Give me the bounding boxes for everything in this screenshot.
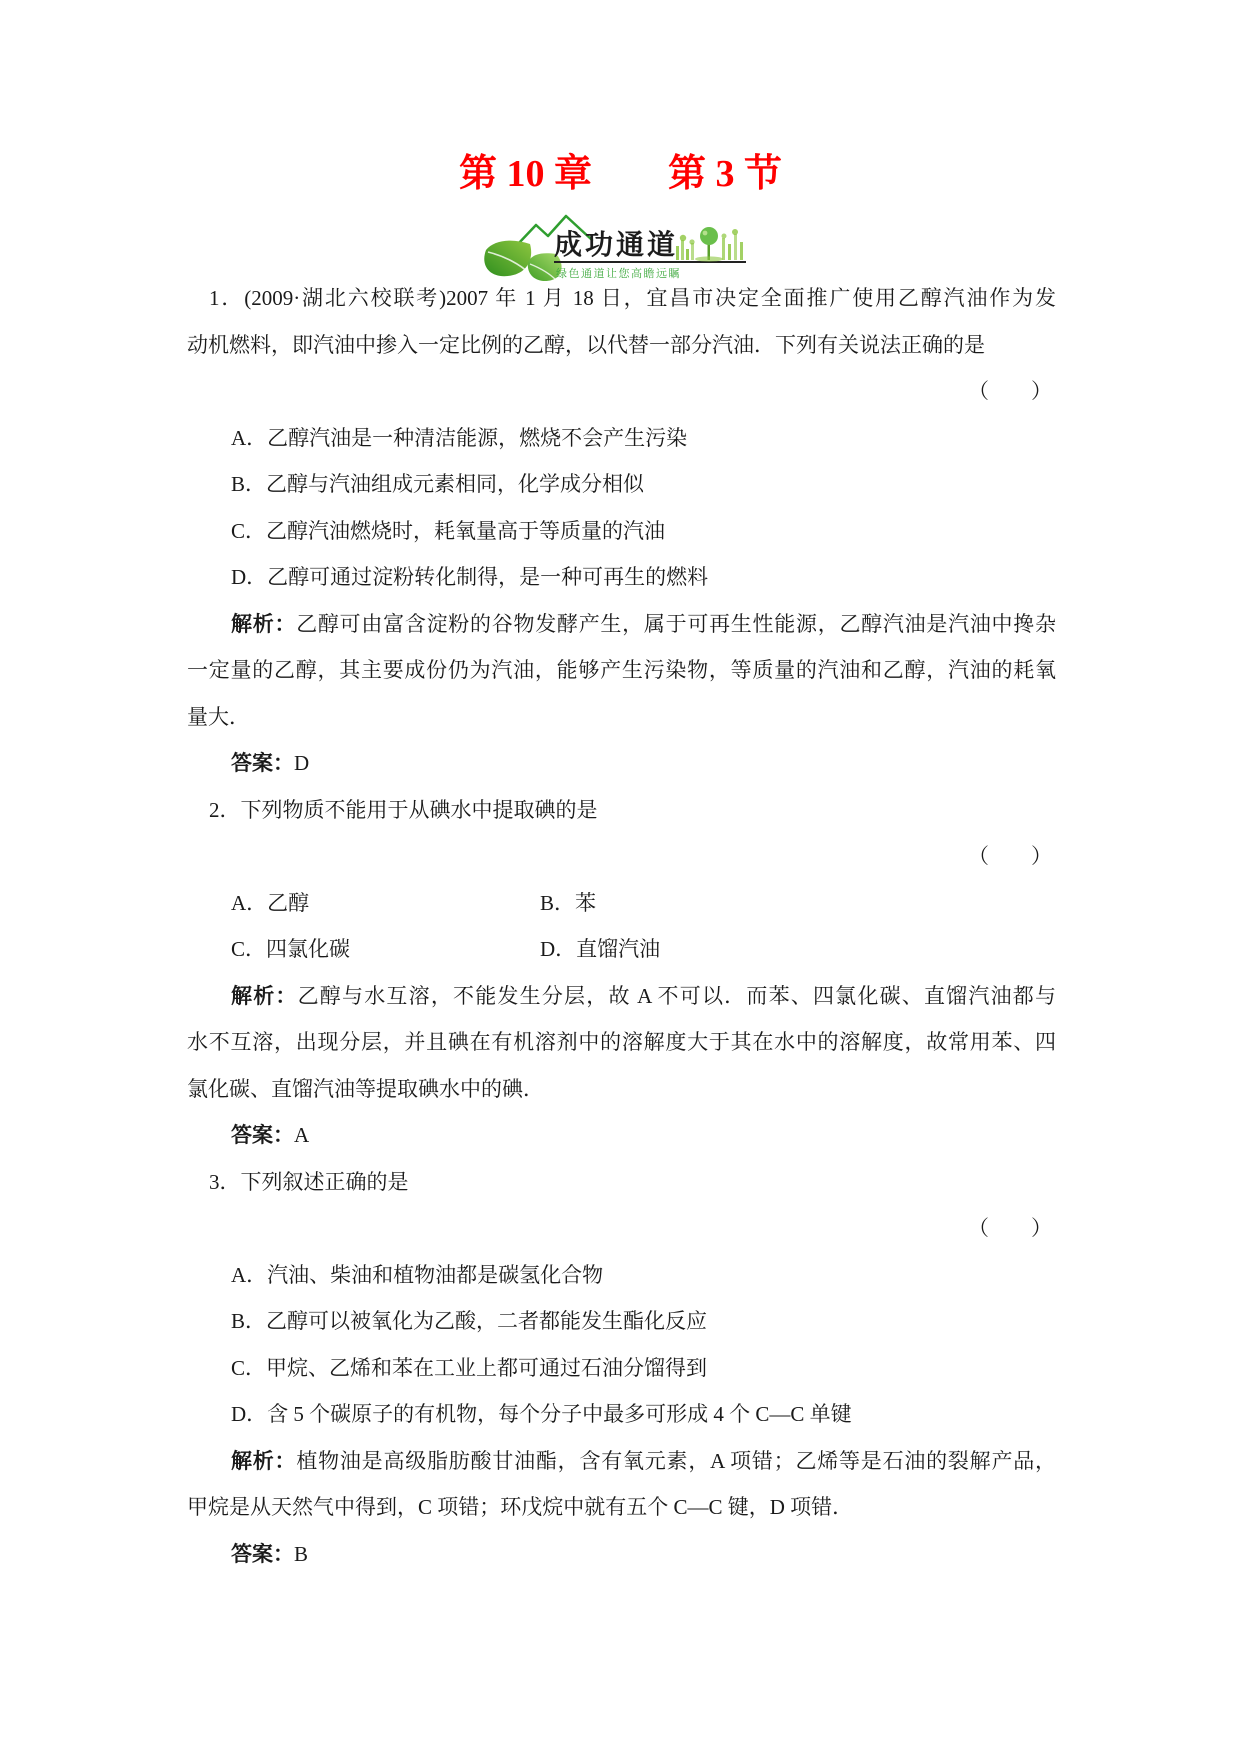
option-cell: A．乙醇 <box>187 880 540 927</box>
q1-option-d: D．乙醇可通过淀粉转化制得，是一种可再生的燃料 <box>187 554 1056 601</box>
line-text: D．含 5 个碳原子的有机物，每个分子中最多可形成 4 个 C—C 单键 <box>231 1402 852 1426</box>
q1-analysis-1: 解析：乙醇可由富含淀粉的谷物发酵产生，属于可再生性能源，乙醇汽油是汽油中搀杂 <box>187 601 1056 648</box>
line-text: 氯化碳、直馏汽油等提取碘水中的碘． <box>187 1077 544 1101</box>
line-text: C．乙醇汽油燃烧时，耗氧量高于等质量的汽油 <box>231 519 665 543</box>
line-text: 乙醇可由富含淀粉的谷物发酵产生，属于可再生性能源，乙醇汽油是汽油中搀杂 <box>296 612 1056 636</box>
line-text: A <box>294 1123 309 1147</box>
line-text: 一定量的乙醇，其主要成份仍为汽油，能够产生污染物，等质量的汽油和乙醇，汽油的耗氧 <box>187 658 1056 682</box>
q3-option-a: A．汽油、柴油和植物油都是碳氢化合物 <box>187 1252 1056 1299</box>
q3-bracket: （ ） <box>187 1205 1056 1252</box>
q2-analysis-2: 水不互溶，出现分层，并且碘在有机溶剂中的溶解度大于其在水中的溶解度，故常用苯、四 <box>187 1019 1056 1066</box>
line-text: 1．(2009·湖北六校联考)2007 年 1 月 18 日，宜昌市决定全面推广… <box>209 286 1056 310</box>
q1-option-a: A．乙醇汽油是一种清洁能源，燃烧不会产生污染 <box>187 415 1056 462</box>
line-text: 3．下列叙述正确的是 <box>209 1170 409 1194</box>
option-cell: D．直馏汽油 <box>540 926 1056 973</box>
trees-icon <box>674 224 746 262</box>
q2-answer: 答案：A <box>187 1112 1056 1159</box>
q3-analysis-2: 甲烷是从天然气中得到，C 项错；环戊烷中就有五个 C—C 键，D 项错． <box>187 1484 1056 1531</box>
document-page: 第 10 章 第 3 节 成功通道 <box>0 0 1241 1754</box>
option-cell: B．苯 <box>540 880 1056 927</box>
q3-analysis-1: 解析：植物油是高级脂肪酸甘油酯，含有氧元素，A 项错；乙烯等是石油的裂解产品， <box>187 1438 1056 1485</box>
q3-answer: 答案：B <box>187 1531 1056 1578</box>
q3-line-1: 3．下列叙述正确的是 <box>187 1159 1056 1206</box>
line-text: B．乙醇与汽油组成元素相同，化学成分相似 <box>231 472 644 496</box>
line-text: （ ） <box>968 379 1052 403</box>
label-prefix: 答案： <box>231 752 294 775</box>
line-text: （ ） <box>968 844 1052 868</box>
q2-analysis-3: 氯化碳、直馏汽油等提取碘水中的碘． <box>187 1066 1056 1113</box>
label-prefix: 解析： <box>231 1450 296 1473</box>
q1-analysis-2: 一定量的乙醇，其主要成份仍为汽油，能够产生污染物，等质量的汽油和乙醇，汽油的耗氧 <box>187 647 1056 694</box>
line-text: 水不互溶，出现分层，并且碘在有机溶剂中的溶解度大于其在水中的溶解度，故常用苯、四 <box>187 1030 1056 1054</box>
line-text: 量大． <box>187 705 250 729</box>
line-text: C．甲烷、乙烯和苯在工业上都可通过石油分馏得到 <box>231 1356 707 1380</box>
line-text: 植物油是高级脂肪酸甘油酯，含有氧元素，A 项错；乙烯等是石油的裂解产品， <box>296 1449 1056 1473</box>
q1-bracket: （ ） <box>187 368 1056 415</box>
q1-option-c: C．乙醇汽油燃烧时，耗氧量高于等质量的汽油 <box>187 508 1056 555</box>
q1-option-b: B．乙醇与汽油组成元素相同，化学成分相似 <box>187 461 1056 508</box>
q2-line-1: 2．下列物质不能用于从碘水中提取碘的是 <box>187 787 1056 834</box>
line-text: A．汽油、柴油和植物油都是碳氢化合物 <box>231 1263 603 1287</box>
line-text: 动机燃料，即汽油中掺入一定比例的乙醇，以代替一部分汽油．下列有关说法正确的是 <box>187 333 985 357</box>
logo-text: 成功通道 <box>554 230 678 260</box>
label-prefix: 解析： <box>231 613 296 636</box>
document-body: 1．(2009·湖北六校联考)2007 年 1 月 18 日，宜昌市决定全面推广… <box>187 275 1056 1577</box>
label-prefix: 答案： <box>231 1543 294 1566</box>
q1-answer: 答案：D <box>187 740 1056 787</box>
q3-option-b: B．乙醇可以被氧化为乙酸，二者都能发生酯化反应 <box>187 1298 1056 1345</box>
line-text: B．乙醇可以被氧化为乙酸，二者都能发生酯化反应 <box>231 1309 707 1333</box>
q3-option-d: D．含 5 个碳原子的有机物，每个分子中最多可形成 4 个 C—C 单键 <box>187 1391 1056 1438</box>
line-text: D <box>294 751 309 775</box>
option-cell: C．四氯化碳 <box>187 926 540 973</box>
page-title: 第 10 章 第 3 节 <box>0 152 1241 198</box>
label-prefix: 答案： <box>231 1124 294 1147</box>
q1-analysis-3: 量大． <box>187 694 1056 741</box>
q2-options-cd: C．四氯化碳D．直馏汽油 <box>187 926 1056 973</box>
q2-bracket: （ ） <box>187 833 1056 880</box>
line-text: D．乙醇可通过淀粉转化制得，是一种可再生的燃料 <box>231 565 708 589</box>
q2-options-ab: A．乙醇B．苯 <box>187 880 1056 927</box>
line-text: A．乙醇汽油是一种清洁能源，燃烧不会产生污染 <box>231 426 687 450</box>
q1-line-2: 动机燃料，即汽油中掺入一定比例的乙醇，以代替一部分汽油．下列有关说法正确的是 <box>187 322 1056 369</box>
q3-option-c: C．甲烷、乙烯和苯在工业上都可通过石油分馏得到 <box>187 1345 1056 1392</box>
line-text: B <box>294 1542 308 1566</box>
line-text: （ ） <box>968 1216 1052 1240</box>
line-text: 甲烷是从天然气中得到，C 项错；环戊烷中就有五个 C—C 键，D 项错． <box>187 1495 853 1519</box>
q2-analysis-1: 解析：乙醇与水互溶，不能发生分层，故 A 不可以．而苯、四氯化碳、直馏汽油都与 <box>187 973 1056 1020</box>
label-prefix: 解析： <box>231 985 298 1008</box>
q1-line-1: 1．(2009·湖北六校联考)2007 年 1 月 18 日，宜昌市决定全面推广… <box>187 275 1056 322</box>
line-text: 2．下列物质不能用于从碘水中提取碘的是 <box>209 798 598 822</box>
line-text: 乙醇与水互溶，不能发生分层，故 A 不可以．而苯、四氯化碳、直馏汽油都与 <box>298 984 1056 1008</box>
